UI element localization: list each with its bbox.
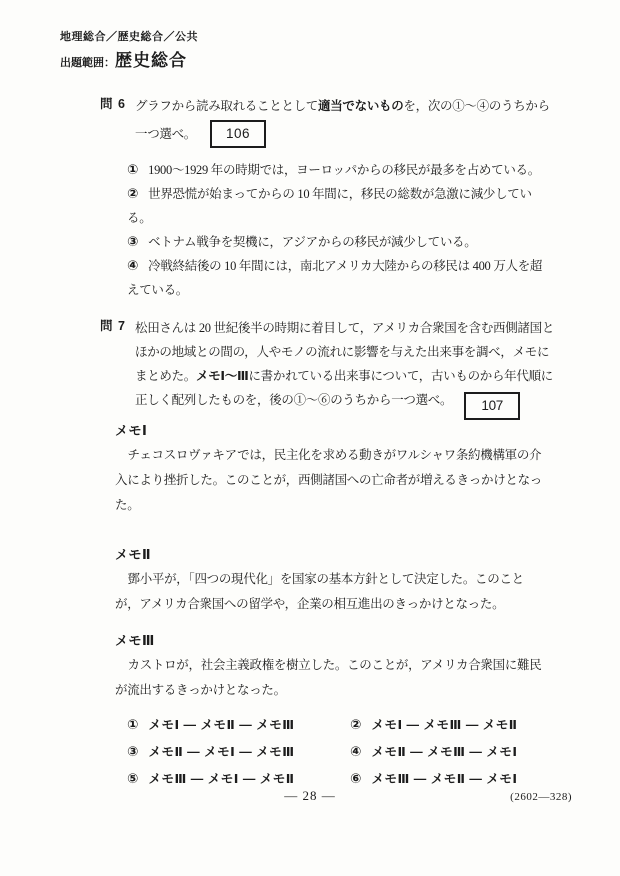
question-6-body: グラフから読み取れることとして適当でないものを，次の①～④のうちから 一つ選べ。…: [135, 94, 550, 148]
question-7: 問 7 松田さんは 20 世紀後半の時期に着目して，アメリカ合衆国を含む西側諸国…: [100, 316, 555, 420]
q7-option-5-number: ⑤: [127, 771, 138, 786]
exam-page: 地理総合／歴史総合／公共 出題範囲： 歴史総合 問 6 グラフから読み取れること…: [0, 0, 620, 876]
question-7-options: ①メモⅠ ― メモⅡ ― メモⅢ ②メモⅠ ― メモⅢ ― メモⅡ ③メモⅡ ―…: [127, 712, 567, 792]
q6-option-4-text: 冷戦終結後の 10 年間には，南北アメリカ大陸からの移民は 400 万人を超えて…: [127, 259, 542, 297]
q7-memo-ref: メモⅠ～Ⅲ: [196, 369, 248, 383]
q6-text-after: を，次の①～④のうちから: [403, 99, 549, 113]
q7-option-2-text: メモⅠ ― メモⅢ ― メモⅡ: [371, 718, 517, 732]
q7-option-1: ①メモⅠ ― メモⅡ ― メモⅢ: [127, 712, 350, 738]
q7-option-4-text: メモⅡ ― メモⅢ ― メモⅠ: [371, 745, 517, 759]
header-subject-line: 地理総合／歴史総合／公共: [60, 28, 198, 44]
q6-option-3: ③ベトナム戦争を契機に，アジアからの移民が減少している。: [127, 230, 551, 254]
memo-3: メモⅢ カストロが，社会主義政権を樹立した。このことが，アメリカ合衆国に難民が流…: [115, 630, 547, 703]
q7-option-5-text: メモⅢ ― メモⅠ ― メモⅡ: [148, 772, 294, 786]
question-6-options: ①1900～1929 年の時期では，ヨーロッパからの移民が最多を占めている。 ②…: [127, 158, 551, 302]
q6-option-2-number: ②: [127, 186, 138, 201]
q6-option-3-number: ③: [127, 234, 138, 249]
q7-option-6-number: ⑥: [350, 771, 361, 786]
q6-option-1-number: ①: [127, 162, 138, 177]
document-code: (2602—328): [510, 791, 572, 803]
question-6-line2: 一つ選べ。 106: [135, 120, 550, 148]
memo-2-title: メモⅡ: [115, 544, 547, 563]
memo-3-body: カストロが，社会主義政権を樹立した。このことが，アメリカ合衆国に難民が流出するき…: [115, 653, 547, 703]
q7-option-4-number: ④: [350, 744, 361, 759]
q6-option-1: ①1900～1929 年の時期では，ヨーロッパからの移民が最多を占めている。: [127, 158, 551, 182]
scope-value: 歴史総合: [115, 46, 187, 71]
memo-3-title: メモⅢ: [115, 630, 547, 649]
q7-option-3-text: メモⅡ ― メモⅠ ― メモⅢ: [148, 745, 294, 759]
q6-option-4: ④冷戦終結後の 10 年間には，南北アメリカ大陸からの移民は 400 万人を超え…: [127, 254, 551, 302]
q6-option-1-text: 1900～1929 年の時期では，ヨーロッパからの移民が最多を占めている。: [148, 163, 540, 177]
question-6-text: グラフから読み取れることとして適当でないものを，次の①～④のうちから: [135, 94, 550, 118]
q7-option-2-number: ②: [350, 717, 361, 732]
q7-option-3-number: ③: [127, 744, 138, 759]
q7-option-6-text: メモⅢ ― メモⅡ ― メモⅠ: [371, 772, 517, 786]
q6-option-4-number: ④: [127, 258, 138, 273]
question-7-body: 松田さんは 20 世紀後半の時期に着目して，アメリカ合衆国を含む西側諸国とほかの…: [135, 316, 555, 420]
q6-text-before: グラフから読み取れることとして: [135, 99, 318, 113]
memo-2-body: 鄧小平が，「四つの現代化」を国家の基本方針として決定した。このことが，アメリカ合…: [115, 567, 547, 617]
q7-option-2: ②メモⅠ ― メモⅢ ― メモⅡ: [350, 712, 567, 738]
q6-option-2-text: 世界恐慌が始まってからの 10 年間に，移民の総数が急激に減少している。: [127, 187, 532, 225]
q6-option-2: ②世界恐慌が始まってからの 10 年間に，移民の総数が急激に減少している。: [127, 182, 551, 230]
question-7-label: 問 7: [100, 316, 135, 420]
memo-1: メモⅠ チェコスロヴァキアでは，民主化を求める動きがワルシャワ条約機構軍の介入に…: [115, 420, 547, 518]
q7-answer-number-box: 107: [464, 392, 520, 420]
memo-1-body: チェコスロヴァキアでは，民主化を求める動きがワルシャワ条約機構軍の介入により挫折…: [115, 443, 547, 518]
q7-option-1-text: メモⅠ ― メモⅡ ― メモⅢ: [148, 718, 294, 732]
q7-option-1-number: ①: [127, 717, 138, 732]
memo-1-title: メモⅠ: [115, 420, 547, 439]
q6-option-3-text: ベトナム戦争を契機に，アジアからの移民が減少している。: [148, 235, 476, 249]
memo-2: メモⅡ 鄧小平が，「四つの現代化」を国家の基本方針として決定した。このことが，ア…: [115, 544, 547, 617]
header-scope-line: 出題範囲： 歴史総合: [60, 46, 187, 71]
q6-answer-number-box: 106: [210, 120, 266, 148]
q6-text-line2: 一つ選べ。: [135, 122, 196, 146]
scope-label: 出題範囲：: [60, 54, 115, 70]
q7-option-4: ④メモⅡ ― メモⅢ ― メモⅠ: [350, 739, 567, 765]
question-6-label: 問 6: [100, 94, 135, 148]
q7-option-3: ③メモⅡ ― メモⅠ ― メモⅢ: [127, 739, 350, 765]
question-6: 問 6 グラフから読み取れることとして適当でないものを，次の①～④のうちから 一…: [100, 94, 580, 148]
q6-text-emphasis: 適当でないもの: [318, 99, 403, 113]
